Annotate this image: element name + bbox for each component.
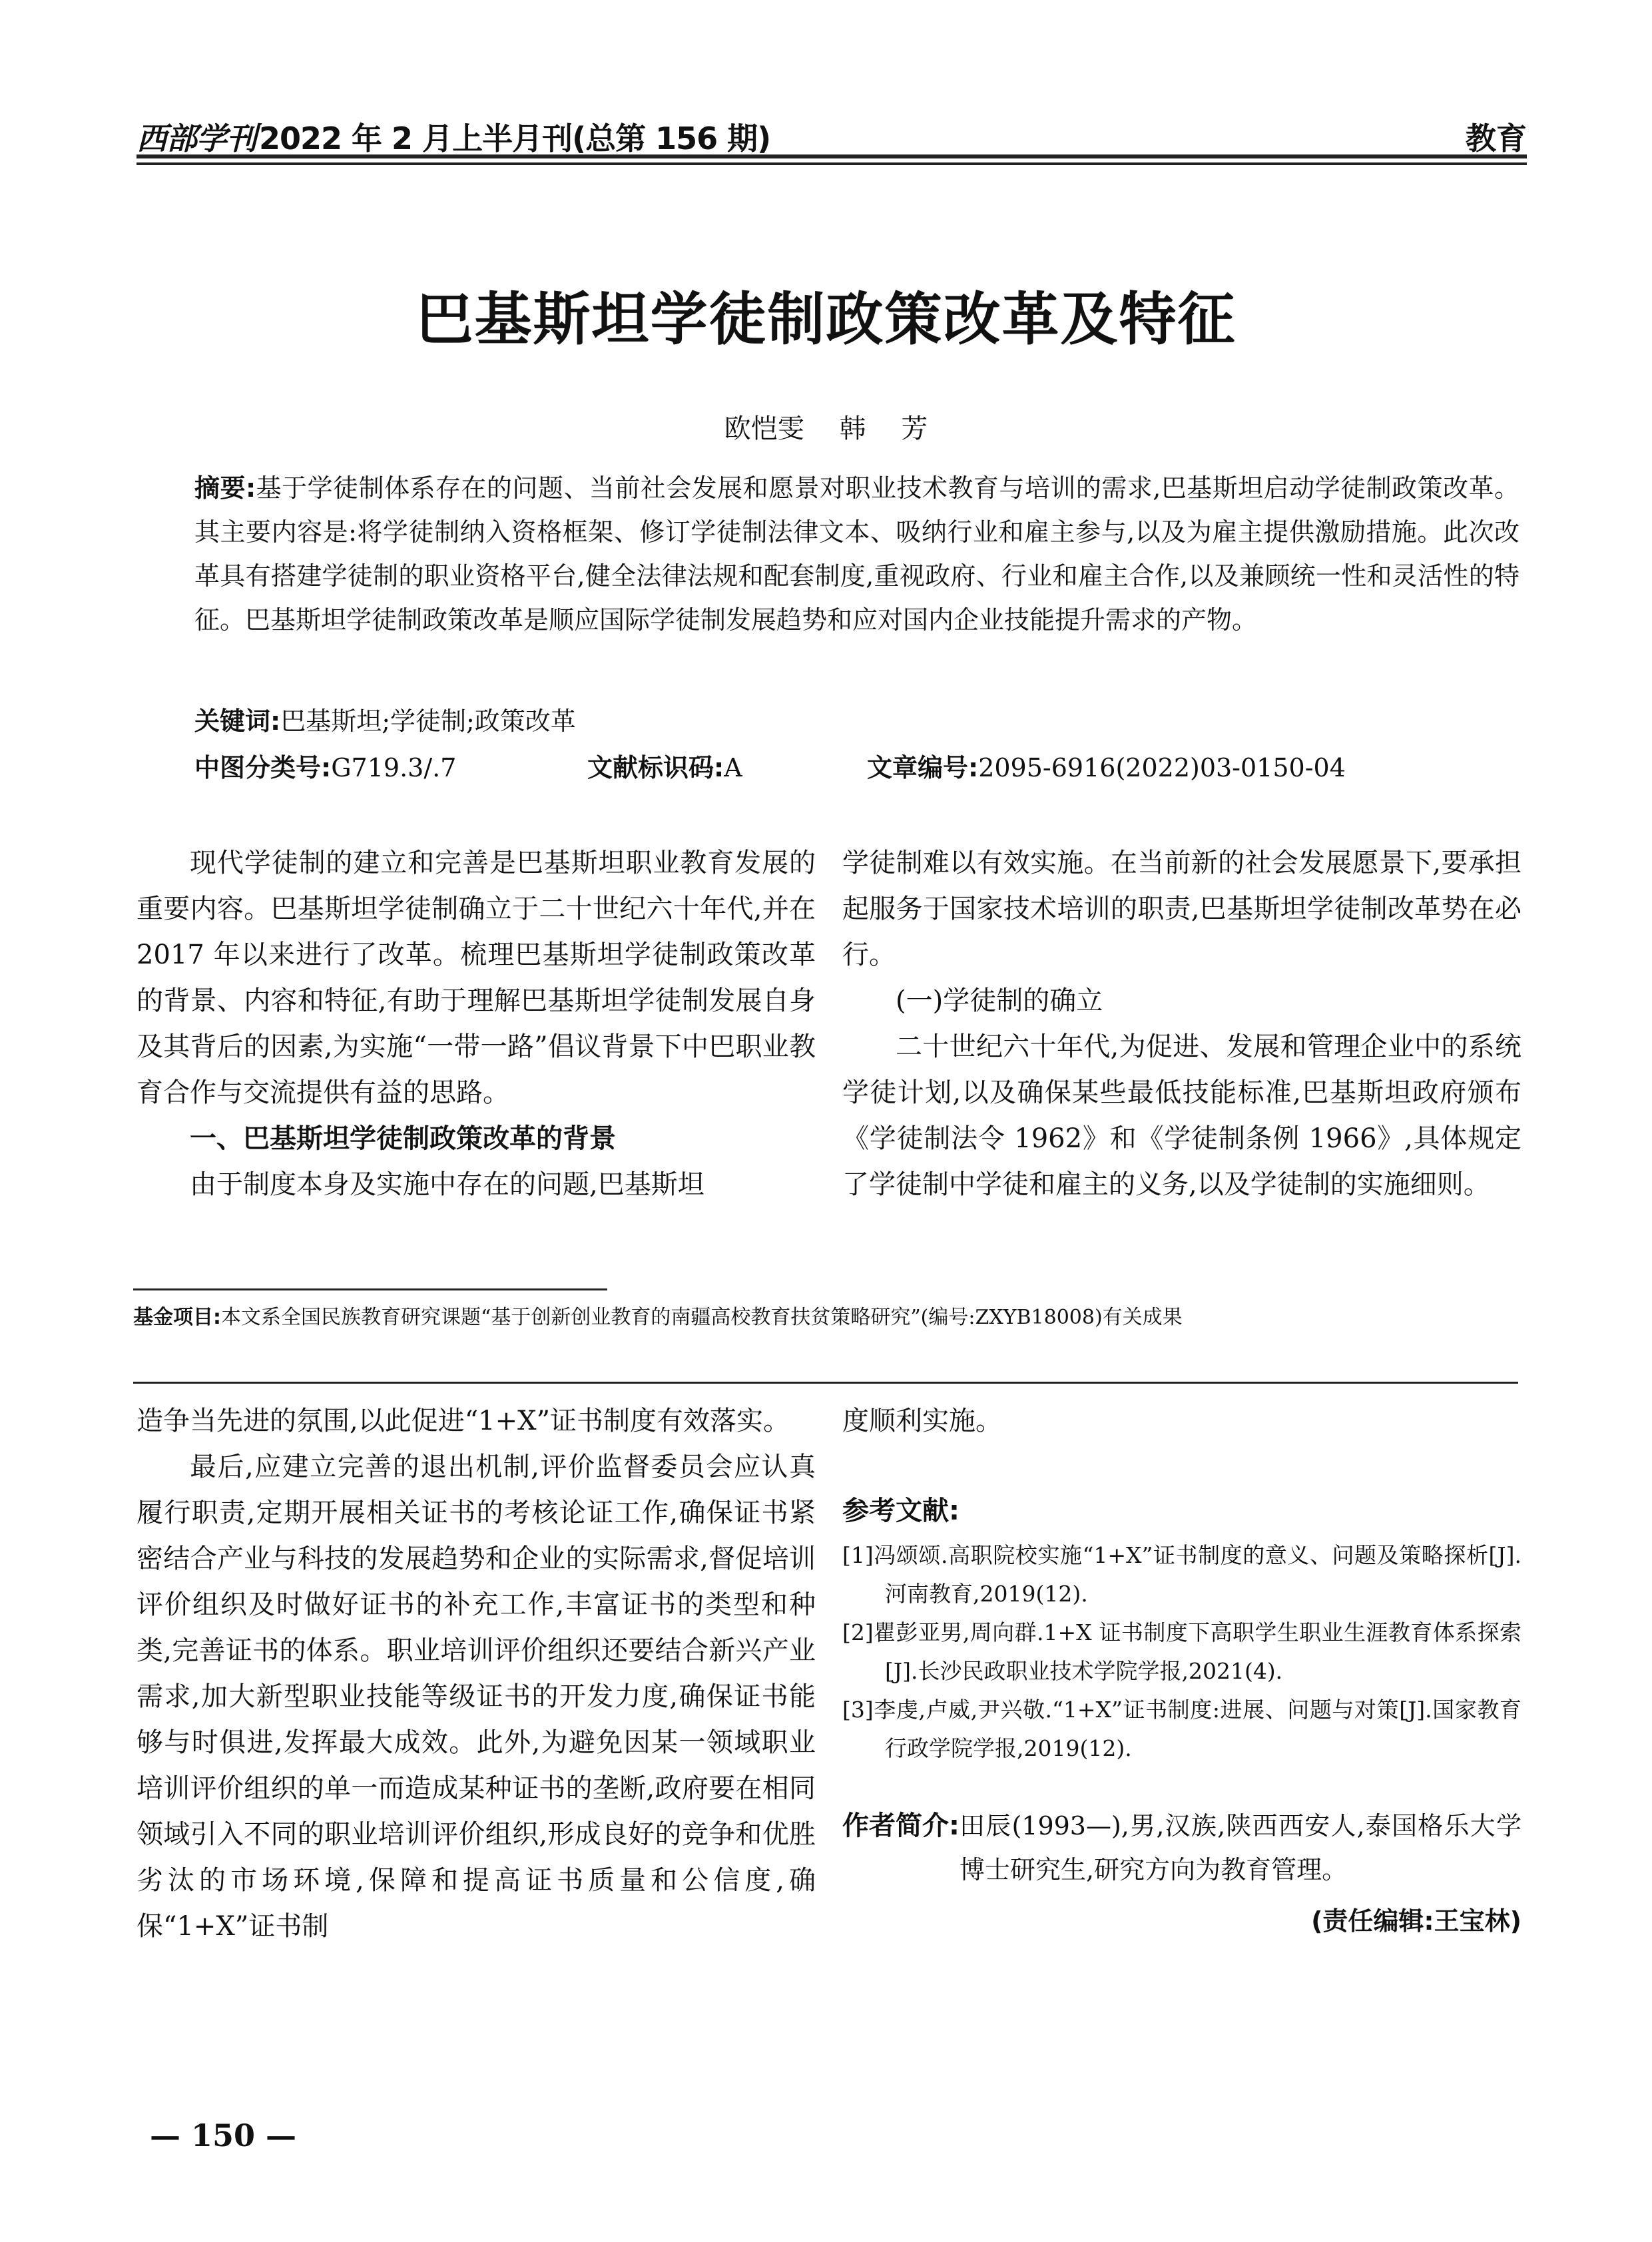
section-heading-1: 一、巴基斯坦学徒制政策改革的背景 — [137, 1116, 816, 1162]
running-header: 西部学刊2022 年 2 月上半月刊(总第 156 期) 教育 — [137, 115, 1527, 154]
footnote-rule — [133, 1288, 607, 1290]
article-authors: 欧恺雯 韩 芳 — [0, 408, 1652, 445]
issue-info: 2022 年 2 月上半月刊(总第 156 期) — [259, 121, 770, 156]
intro-paragraph: 现代学徒制的建立和完善是巴基斯坦职业教育发展的重要内容。巴基斯坦学徒制确立于二十… — [137, 840, 816, 1116]
body-top-left-column: 现代学徒制的建立和完善是巴基斯坦职业教育发展的重要内容。巴基斯坦学徒制确立于二十… — [137, 840, 816, 1208]
body-bottom-left-column: 造争当先进的氛围,以此促进“1+X”证书制度有效落实。 最后,应建立完善的退出机… — [137, 1398, 816, 1950]
abstract-text: 基于学徒制体系存在的问题、当前社会发展和愿景对职业技术教育与培训的需求,巴基斯坦… — [194, 473, 1519, 635]
classification-line: 中图分类号:G719.3/.7文献标识码:A文章编号:2095-6916(202… — [194, 747, 1526, 784]
article-number: 文章编号:2095-6916(2022)03-0150-04 — [867, 747, 1346, 784]
keywords-text: 巴基斯坦;学徒制;政策改革 — [280, 706, 576, 736]
abstract-label: 摘要: — [194, 473, 256, 503]
keywords: 关键词:巴基斯坦;学徒制;政策改革 — [194, 701, 576, 737]
header-rule-thick — [137, 154, 1527, 158]
document-code: 文献标识码:A — [587, 747, 867, 784]
paragraph: 由于制度本身及实施中存在的问题,巴基斯坦 — [137, 1162, 816, 1208]
paragraph: 度顺利实施。 — [842, 1398, 1521, 1444]
article-title: 巴基斯坦学徒制政策改革及特征 — [0, 273, 1652, 356]
keywords-label: 关键词: — [194, 706, 280, 736]
page-number: — 150 — — [150, 2117, 296, 2153]
responsible-editor: (责任编辑:王宝林) — [842, 1898, 1521, 1944]
journal-issue: 西部学刊2022 年 2 月上半月刊(总第 156 期) — [137, 115, 770, 158]
abstract: 摘要:基于学徒制体系存在的问题、当前社会发展和愿景对职业技术教育与培训的需求,巴… — [194, 466, 1519, 642]
funding-text: 本文系全国民族教育研究课题“基于创新创业教育的南疆高校教育扶贫策略研究”(编号:… — [221, 1306, 1183, 1329]
section-label: 教育 — [1466, 115, 1527, 158]
funding-note: 基金项目:本文系全国民族教育研究课题“基于创新创业教育的南疆高校教育扶贫策略研究… — [133, 1300, 1531, 1330]
paragraph: 最后,应建立完善的退出机制,评价监督委员会应认真履行职责,定期开展相关证书的考核… — [137, 1444, 816, 1950]
bio-text: 田辰(1993—),男,汉族,陕西西安人,泰国格乐大学博士研究生,研究方向为教育… — [960, 1804, 1521, 1892]
header-rule-thin — [137, 162, 1527, 165]
journal-logo: 西部学刊 — [137, 121, 256, 156]
references-title: 参考文献: — [842, 1491, 1521, 1531]
paragraph: 学徒制难以有效实施。在当前新的社会发展愿景下,要承担起服务于国家技术培训的职责,… — [842, 840, 1521, 978]
clc-code: 中图分类号:G719.3/.7 — [194, 747, 587, 784]
section-divider — [133, 1382, 1518, 1384]
bio-label: 作者简介: — [842, 1804, 960, 1892]
references-list: [1]冯颂颂.高职院校实施“1+X”证书制度的意义、问题及策略探析[J].河南教… — [842, 1536, 1521, 1768]
reference-item: [3]李虔,卢威,尹兴敬.“1+X”证书制度:进展、问题与对策[J].国家教育行… — [842, 1691, 1521, 1768]
author-bio: 作者简介: 田辰(1993—),男,汉族,陕西西安人,泰国格乐大学博士研究生,研… — [842, 1804, 1521, 1892]
funding-label: 基金项目: — [133, 1306, 221, 1329]
paragraph: 二十世纪六十年代,为促进、发展和管理企业中的系统学徒计划,以及确保某些最低技能标… — [842, 1024, 1521, 1208]
paragraph: 造争当先进的氛围,以此促进“1+X”证书制度有效落实。 — [137, 1398, 816, 1444]
body-top-right-column: 学徒制难以有效实施。在当前新的社会发展愿景下,要承担起服务于国家技术培训的职责,… — [842, 840, 1521, 1208]
reference-item: [2]瞿彭亚男,周向群.1+X 证书制度下高职学生职业生涯教育体系探索[J].长… — [842, 1613, 1521, 1691]
body-bottom-right-column: 度顺利实施。 参考文献: [1]冯颂颂.高职院校实施“1+X”证书制度的意义、问… — [842, 1398, 1521, 1944]
reference-item: [1]冯颂颂.高职院校实施“1+X”证书制度的意义、问题及策略探析[J].河南教… — [842, 1536, 1521, 1613]
subsection-heading-1: (一)学徒制的确立 — [842, 978, 1521, 1024]
